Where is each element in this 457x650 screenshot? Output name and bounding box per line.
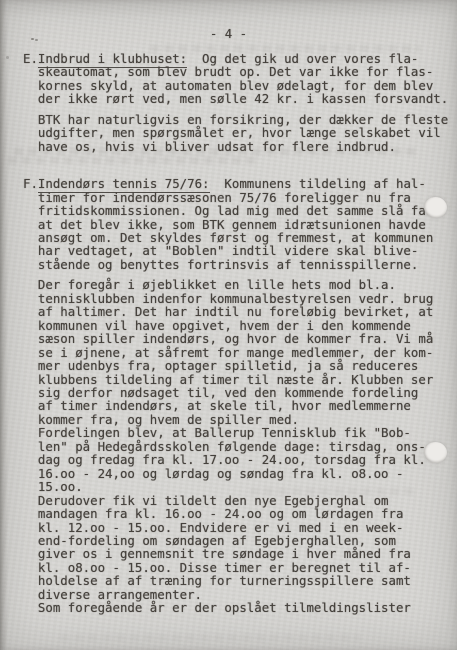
punch-hole xyxy=(424,197,447,218)
punch-hole xyxy=(424,442,447,463)
text-line: Som foregående år er der opslået tilmeld… xyxy=(23,601,451,614)
text-line: sig derfor nødsaget til, ved den kommend… xyxy=(23,386,451,399)
document-section: F.Indendørs tennis 75/76: Kommunens tild… xyxy=(23,177,451,615)
scan-speck xyxy=(6,56,9,59)
text-line: af haltimer. Det har indtil nu foreløbig… xyxy=(23,305,451,318)
scan-speck xyxy=(31,38,34,40)
text-line: udgifter, men spørgsmålet er, hvor længe… xyxy=(23,126,451,139)
text-line: fritidskommissionen. Og lad mig med det … xyxy=(23,204,451,217)
text-line: 16.oo - 24,oo og lørdag og søndag fra kl… xyxy=(23,467,451,480)
text-line: der ikke rørt ved, men sølle 42 kr. i ka… xyxy=(23,92,451,105)
paragraph: F.Indendørs tennis 75/76: Kommunens tild… xyxy=(23,177,451,271)
text-line: stående og benyttes fortrinsvis af tenni… xyxy=(23,258,451,271)
text-line: af timer indendørs, at skele til, hvor m… xyxy=(23,399,451,412)
section-label: E. xyxy=(23,51,38,66)
bleed-through-smudge xyxy=(60,634,360,641)
text-line: Der foregår i øjeblikket en lille hets m… xyxy=(23,278,451,291)
paragraph: Der foregår i øjeblikket en lille hets m… xyxy=(23,278,451,614)
document-sections: E.Indbrud i klubhuset: Og det gik ud ove… xyxy=(23,52,451,615)
paragraph: E.Indbrud i klubhuset: Og det gik ud ove… xyxy=(23,52,451,106)
text-line: Fordelingen blev, at Ballerup Tennisklub… xyxy=(23,426,451,439)
paragraph: BTK har naturligvis en forsikring, der d… xyxy=(23,113,451,153)
text-line: mandagen fra kl. 16.oo - 24.oo og om lør… xyxy=(23,507,451,520)
text-line: ansøgt om. Det skyldes først og fremmest… xyxy=(23,231,451,244)
section-heading-tail: Kommunens tildeling af hal- xyxy=(210,176,426,191)
document-section: E.Indbrud i klubhuset: Og det gik ud ove… xyxy=(23,52,451,153)
text-line: dag og fredag fra kl. 17.oo - 24.oo, tor… xyxy=(23,453,451,466)
text-line: skeautomat, som blev brudt op. Det var i… xyxy=(23,65,451,78)
text-line: kommer fra, og hvem de spiller med. xyxy=(23,413,451,426)
text-line: Derudover fik vi tildelt den nye Egebjer… xyxy=(23,494,451,507)
text-line: holdelse af af træning for turneringsspi… xyxy=(23,574,451,587)
page-number: - 4 - xyxy=(0,27,457,40)
scanned-page-sheet: - 4 - E.Indbrud i klubhuset: Og det gik … xyxy=(0,0,457,650)
text-line: E.Indbrud i klubhuset: Og det gik ud ove… xyxy=(23,52,451,65)
text-line: kl. o8.oo - 15.oo. Disse timer er beregn… xyxy=(23,561,451,574)
text-line: kl. 12.oo - 15.oo. Endvidere er vi med i… xyxy=(23,521,451,534)
text-line: mer udenbys fra, optager spilletid, ja s… xyxy=(23,359,451,372)
text-line: F.Indendørs tennis 75/76: Kommunens tild… xyxy=(23,177,451,190)
text-line: 15.oo. xyxy=(23,480,451,493)
text-line: at det blev ikke, som BTK gennem idrætsu… xyxy=(23,218,451,231)
text-line: have os, hvis vi bliver udsat for flere … xyxy=(23,140,451,153)
text-line: sæson spiller indendørs, og hvor de komm… xyxy=(23,332,451,345)
text-line: giver os i gennemsnit tre søndage i hver… xyxy=(23,547,451,560)
text-line: len" på Hedegårdsskolen følgende dage: t… xyxy=(23,440,451,453)
section-label: F. xyxy=(23,176,38,191)
text-line: tennisklubben indenfor kommunalbestyrels… xyxy=(23,292,451,305)
text-line: klubbens tildeling af timer til næste år… xyxy=(23,373,451,386)
text-line: kornes skyld, at automaten blev ødelagt,… xyxy=(23,79,451,92)
text-line: har vedtaget, at "Boblen" indtil videre … xyxy=(23,244,451,257)
